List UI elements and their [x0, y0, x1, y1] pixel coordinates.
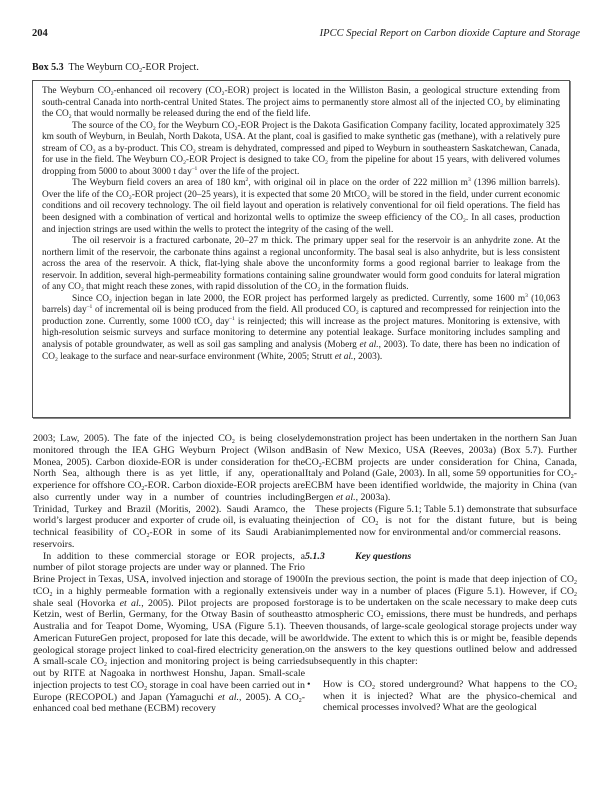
left-paragraph-1: 2003; Law, 2005). The fate of the inject… [33, 433, 305, 551]
section-number: 5.1.3 [305, 551, 355, 562]
right-paragraph-1: demonstration project has been undertake… [305, 433, 577, 504]
running-title: IPCC Special Report on Carbon dioxide Ca… [320, 28, 580, 39]
box-label: Box 5.3 [32, 62, 64, 73]
left-paragraph-2: In addition to these commercial storage … [33, 551, 305, 716]
box-paragraph-4: The oil reservoir is a fractured carbona… [42, 236, 560, 294]
box-caption: Box 5.3 The Weyburn CO2-EOR Project. [32, 62, 199, 73]
right-paragraph-3: In the previous section, the point is ma… [305, 574, 577, 668]
page-number: 204 [32, 28, 48, 39]
box-paragraph-3: The Weyburn field covers an area of 180 … [42, 178, 560, 236]
section-title: Key questions [355, 551, 411, 562]
right-column: demonstration project has been undertake… [305, 433, 577, 714]
box-5-3-weyburn: The Weyburn CO2-enhanced oil recovery (C… [32, 80, 570, 418]
bullet-text: How is CO2 stored underground? What happ… [323, 679, 577, 714]
box-paragraph-1: The Weyburn CO2-enhanced oil recovery (C… [42, 86, 560, 121]
bullet-icon: • [305, 679, 323, 714]
box-paragraph-5: Since CO2 injection began in late 2000, … [42, 294, 560, 363]
box-paragraph-2: The source of the CO2 for the Weyburn CO… [42, 121, 560, 179]
box-title: The Weyburn CO2-EOR Project. [69, 62, 199, 73]
bullet-item: • How is CO2 stored underground? What ha… [305, 679, 577, 714]
left-column: 2003; Law, 2005). The fate of the inject… [33, 433, 305, 715]
right-paragraph-2: These projects (Figure 5.1; Table 5.1) d… [305, 504, 577, 539]
section-heading-5-1-3: 5.1.3 Key questions [305, 551, 577, 562]
